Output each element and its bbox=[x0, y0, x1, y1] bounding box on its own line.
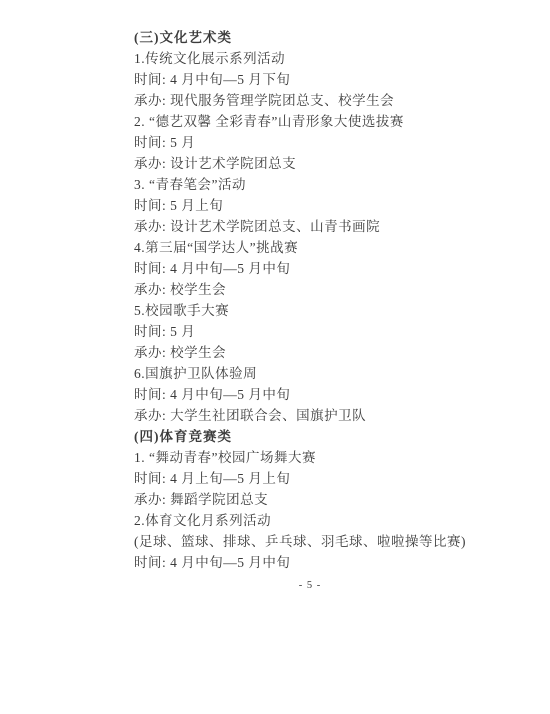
activity-organizer: 承办: 大学生社团联合会、国旗护卫队 bbox=[134, 405, 466, 426]
activity-note: (足球、篮球、排球、乒乓球、羽毛球、啦啦操等比赛) bbox=[134, 531, 466, 552]
activity-title: 3. “青春笔会”活动 bbox=[134, 174, 466, 195]
activity-organizer: 承办: 设计艺术学院团总支 bbox=[134, 153, 466, 174]
activity-organizer: 承办: 校学生会 bbox=[134, 279, 466, 300]
activity-title: 4.第三届“国学达人”挑战赛 bbox=[134, 237, 466, 258]
activity-time: 时间: 4 月中旬—5 月中旬 bbox=[134, 258, 466, 279]
activity-time: 时间: 4 月上旬—5 月上旬 bbox=[134, 468, 466, 489]
activity-organizer: 承办: 舞蹈学院团总支 bbox=[134, 489, 466, 510]
activity-time: 时间: 4 月中旬—5 月下旬 bbox=[134, 69, 466, 90]
activity-title: 2.体育文化月系列活动 bbox=[134, 510, 466, 531]
activity-time: 时间: 5 月上旬 bbox=[134, 195, 466, 216]
section-heading: (四)体育竞赛类 bbox=[134, 426, 466, 447]
activity-time: 时间: 5 月 bbox=[134, 132, 466, 153]
activity-title: 2. “德艺双馨 全彩青春”山青形象大使选拔赛 bbox=[134, 111, 466, 132]
activity-time: 时间: 5 月 bbox=[134, 321, 466, 342]
page-number: - 5 - bbox=[280, 579, 340, 593]
document-body: (三)文化艺术类 1.传统文化展示系列活动 时间: 4 月中旬—5 月下旬 承办… bbox=[134, 27, 466, 573]
activity-organizer: 承办: 设计艺术学院团总支、山青书画院 bbox=[134, 216, 466, 237]
activity-title: 6.国旗护卫队体验周 bbox=[134, 363, 466, 384]
section-heading: (三)文化艺术类 bbox=[134, 27, 466, 48]
activity-time: 时间: 4 月中旬—5 月中旬 bbox=[134, 552, 466, 573]
activity-title: 1.传统文化展示系列活动 bbox=[134, 48, 466, 69]
activity-organizer: 承办: 校学生会 bbox=[134, 342, 466, 363]
activity-time: 时间: 4 月中旬—5 月中旬 bbox=[134, 384, 466, 405]
activity-organizer: 承办: 现代服务管理学院团总支、校学生会 bbox=[134, 90, 466, 111]
document-page: (三)文化艺术类 1.传统文化展示系列活动 时间: 4 月中旬—5 月下旬 承办… bbox=[0, 0, 550, 714]
activity-title: 5.校园歌手大赛 bbox=[134, 300, 466, 321]
activity-title: 1. “舞动青春”校园广场舞大赛 bbox=[134, 447, 466, 468]
